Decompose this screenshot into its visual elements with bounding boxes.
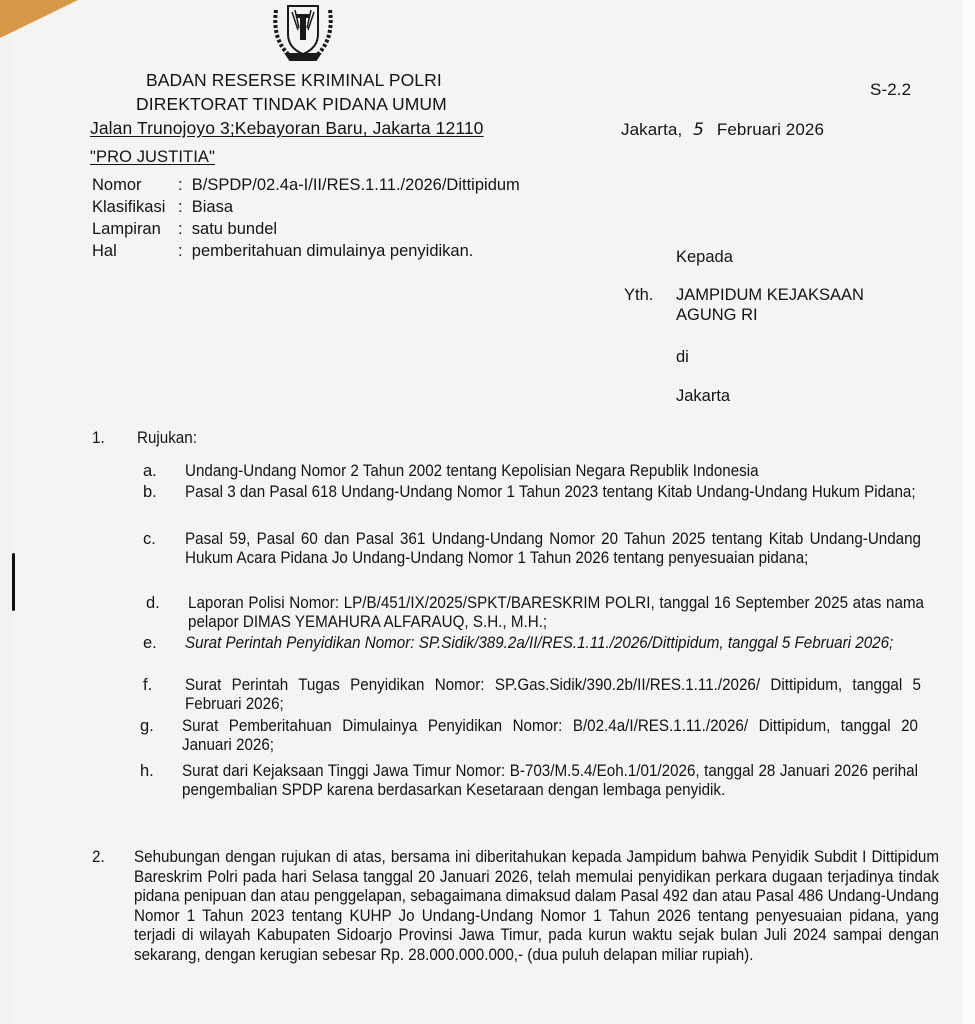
document-code: S-2.2 [870, 80, 911, 100]
meta-value: B/SPDP/02.4a-I/II/RES.1.11./2026/Dittipi… [192, 176, 520, 195]
section2-number: 2. [92, 848, 105, 867]
recipient-yth: Yth. [624, 286, 653, 305]
item-text: Surat Pemberitahuan Dimulainya Penyidika… [182, 717, 918, 755]
meta-sep: : [178, 198, 183, 216]
item-marker: c. [143, 530, 156, 549]
meta-value: Biasa [192, 198, 233, 217]
meta-value: satu bundel [192, 220, 277, 239]
meta-nomor: Nomor: B/SPDP/02.4a-I/II/RES.1.11./2026/… [92, 176, 520, 195]
place-month-year: Februari 2026 [717, 120, 824, 139]
item-text: Pasal 59, Pasal 60 dan Pasal 361 Undang-… [185, 530, 921, 568]
item-marker: e. [143, 634, 157, 653]
meta-hal: Hal: pemberitahuan dimulainya penyidikan… [92, 242, 473, 261]
meta-sep: : [178, 220, 183, 238]
meta-label: Hal [92, 242, 178, 261]
header-directorate: DIREKTORAT TINDAK PIDANA UMUM [136, 94, 447, 115]
section1-number: 1. [92, 429, 105, 448]
header-address: Jalan Trunojoyo 3;Kebayoran Baru, Jakart… [90, 118, 484, 139]
photo-background-corner [0, 0, 78, 38]
recipient-kepada: Kepada [676, 248, 733, 267]
meta-label: Klasifikasi [92, 198, 178, 217]
item-marker: f. [143, 676, 152, 695]
header-institution: BADAN RESERSE KRIMINAL POLRI [146, 70, 442, 91]
meta-klasifikasi: Klasifikasi: Biasa [92, 198, 233, 217]
section1-title: Rujukan: [137, 429, 197, 448]
meta-lampiran: Lampiran: satu bundel [92, 220, 277, 239]
meta-value: pemberitahuan dimulainya penyidikan. [192, 242, 474, 261]
item-marker: g. [140, 717, 154, 736]
recipient-di: di [676, 348, 689, 367]
meta-sep: : [178, 176, 183, 194]
section2-text: Sehubungan dengan rujukan di atas, bersa… [134, 848, 939, 965]
item-text: Surat Perintah Tugas Penyidikan Nomor: S… [185, 676, 921, 714]
item-text: Surat Perintah Penyidikan Nomor: SP.Sidi… [185, 634, 921, 653]
item-marker: a. [143, 462, 157, 481]
place-date: Jakarta, 5 Februari 2026 [621, 120, 824, 140]
item-text: Pasal 3 dan Pasal 618 Undang-Undang Nomo… [185, 483, 921, 502]
recipient-name-line2: AGUNG RI [676, 306, 758, 325]
handwritten-day: 5 [693, 120, 704, 140]
meta-label: Lampiran [92, 220, 178, 239]
place-city: Jakarta, [621, 120, 682, 139]
item-text: Undang-Undang Nomor 2 Tahun 2002 tentang… [185, 462, 921, 481]
recipient-city: Jakarta [676, 387, 730, 406]
item-text: Laporan Polisi Nomor: LP/B/451/IX/2025/S… [188, 594, 924, 632]
item-marker: h. [140, 762, 154, 781]
page-edge [963, 0, 975, 1024]
pro-justitia-label: "PRO JUSTITIA" [90, 148, 215, 167]
item-marker: d. [146, 594, 160, 613]
recipient-name-line1: JAMPIDUM KEJAKSAAN [676, 286, 864, 305]
polri-emblem-icon [268, 0, 338, 62]
item-marker: b. [143, 483, 157, 502]
meta-sep: : [178, 242, 183, 260]
item-text: Surat dari Kejaksaan Tinggi Jawa Timur N… [182, 762, 918, 800]
page-edge-mark [12, 553, 15, 611]
meta-label: Nomor [92, 176, 178, 195]
